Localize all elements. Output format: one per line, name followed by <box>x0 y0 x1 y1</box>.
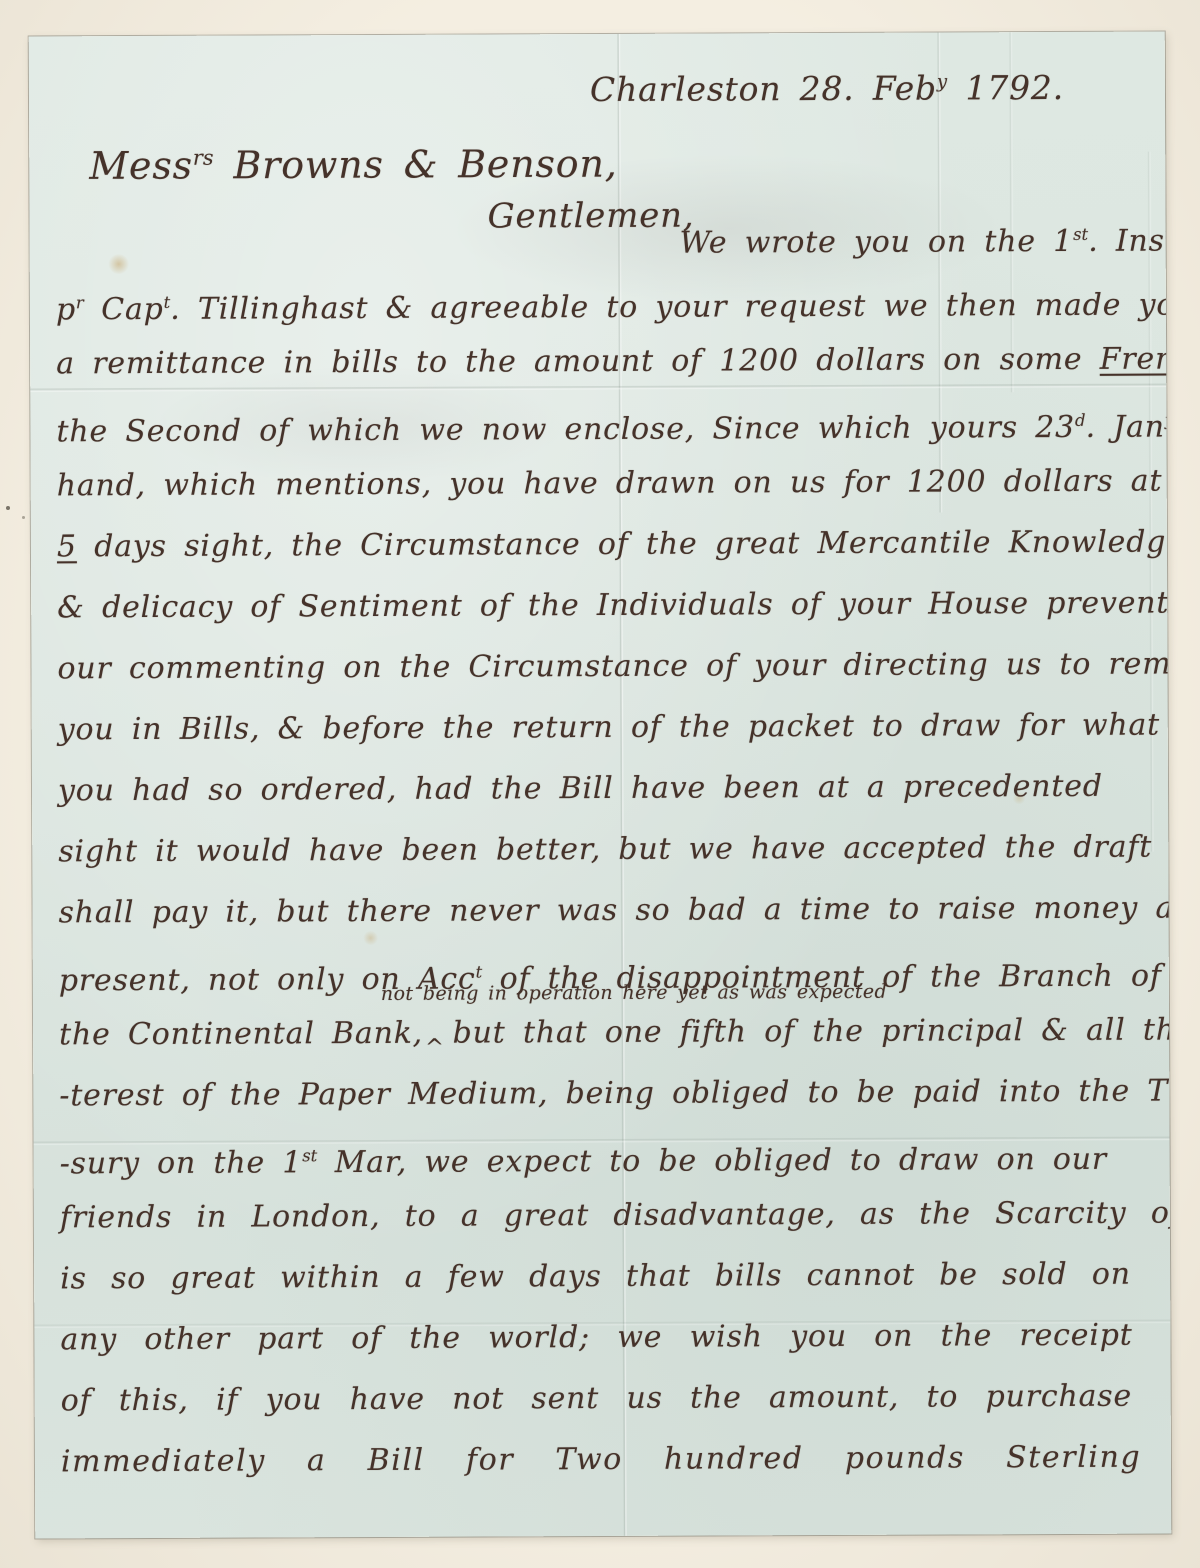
letter-line-15: -sury on the 1st Mar, we expect to be ob… <box>59 1122 1163 1188</box>
letter-line-19: of this, if you have not sent us the amo… <box>61 1366 1165 1432</box>
interlinear-insertion: not being in operation here yet as was e… <box>381 981 887 1005</box>
letter-recipient: Messrs Browns & Benson, <box>89 130 618 192</box>
letter-line-2: a remittance in bills to the amount of 1… <box>56 329 1160 395</box>
letter-line-7: our commenting on the Circumstance of yo… <box>57 634 1161 700</box>
letter-line-3: the Second of which we now enclose, Sinc… <box>56 390 1160 456</box>
letter-dateline: Charleston 28. Feby 1792. <box>590 60 1064 112</box>
letter-line-6: & delicacy of Sentiment of the Individua… <box>57 573 1161 639</box>
letter-line-4: hand, which mentions, you have drawn on … <box>57 451 1161 517</box>
letter-line-16: friends in London, to a great disadvanta… <box>60 1183 1164 1249</box>
dust-speck <box>22 516 25 519</box>
letter-opening-line: We wrote you on the 1st. Inst. <box>680 213 1172 264</box>
letter-line-10: sight it would have been better, but we … <box>58 817 1162 883</box>
scan-background: { "page": { "kind": "scanned handwritten… <box>0 0 1200 1568</box>
letter-line-1: pr Capt. Tillinghast & agreeable to your… <box>56 268 1160 334</box>
letter-line-13: the Continental Bank,^but that one fifth… <box>59 1000 1163 1066</box>
letter-line-11: shall pay it, but there never was so bad… <box>58 878 1162 944</box>
letter-line-17: is so great within a few days that bills… <box>60 1244 1164 1310</box>
letter-line-8: you in Bills, & before the return of the… <box>58 695 1162 761</box>
letter-page: Charleston 28. Feby 1792. Messrs Browns … <box>29 32 1172 1539</box>
letter-salutation: Gentlemen, <box>487 194 694 239</box>
letter-line-14: -terest of the Paper Medium, being oblig… <box>59 1061 1163 1127</box>
letter-line-5: 5 days sight, the Circumstance of the gr… <box>57 512 1161 578</box>
letter-line-20: immediately a Bill for Two hundred pound… <box>61 1427 1165 1493</box>
letter-line-9: you had so ordered, had the Bill have be… <box>58 756 1162 822</box>
dust-speck <box>6 506 10 510</box>
letter-body: pr Capt. Tillinghast & agreeable to your… <box>56 268 1165 1493</box>
letter-line-18: any other part of the world; we wish you… <box>60 1305 1164 1371</box>
